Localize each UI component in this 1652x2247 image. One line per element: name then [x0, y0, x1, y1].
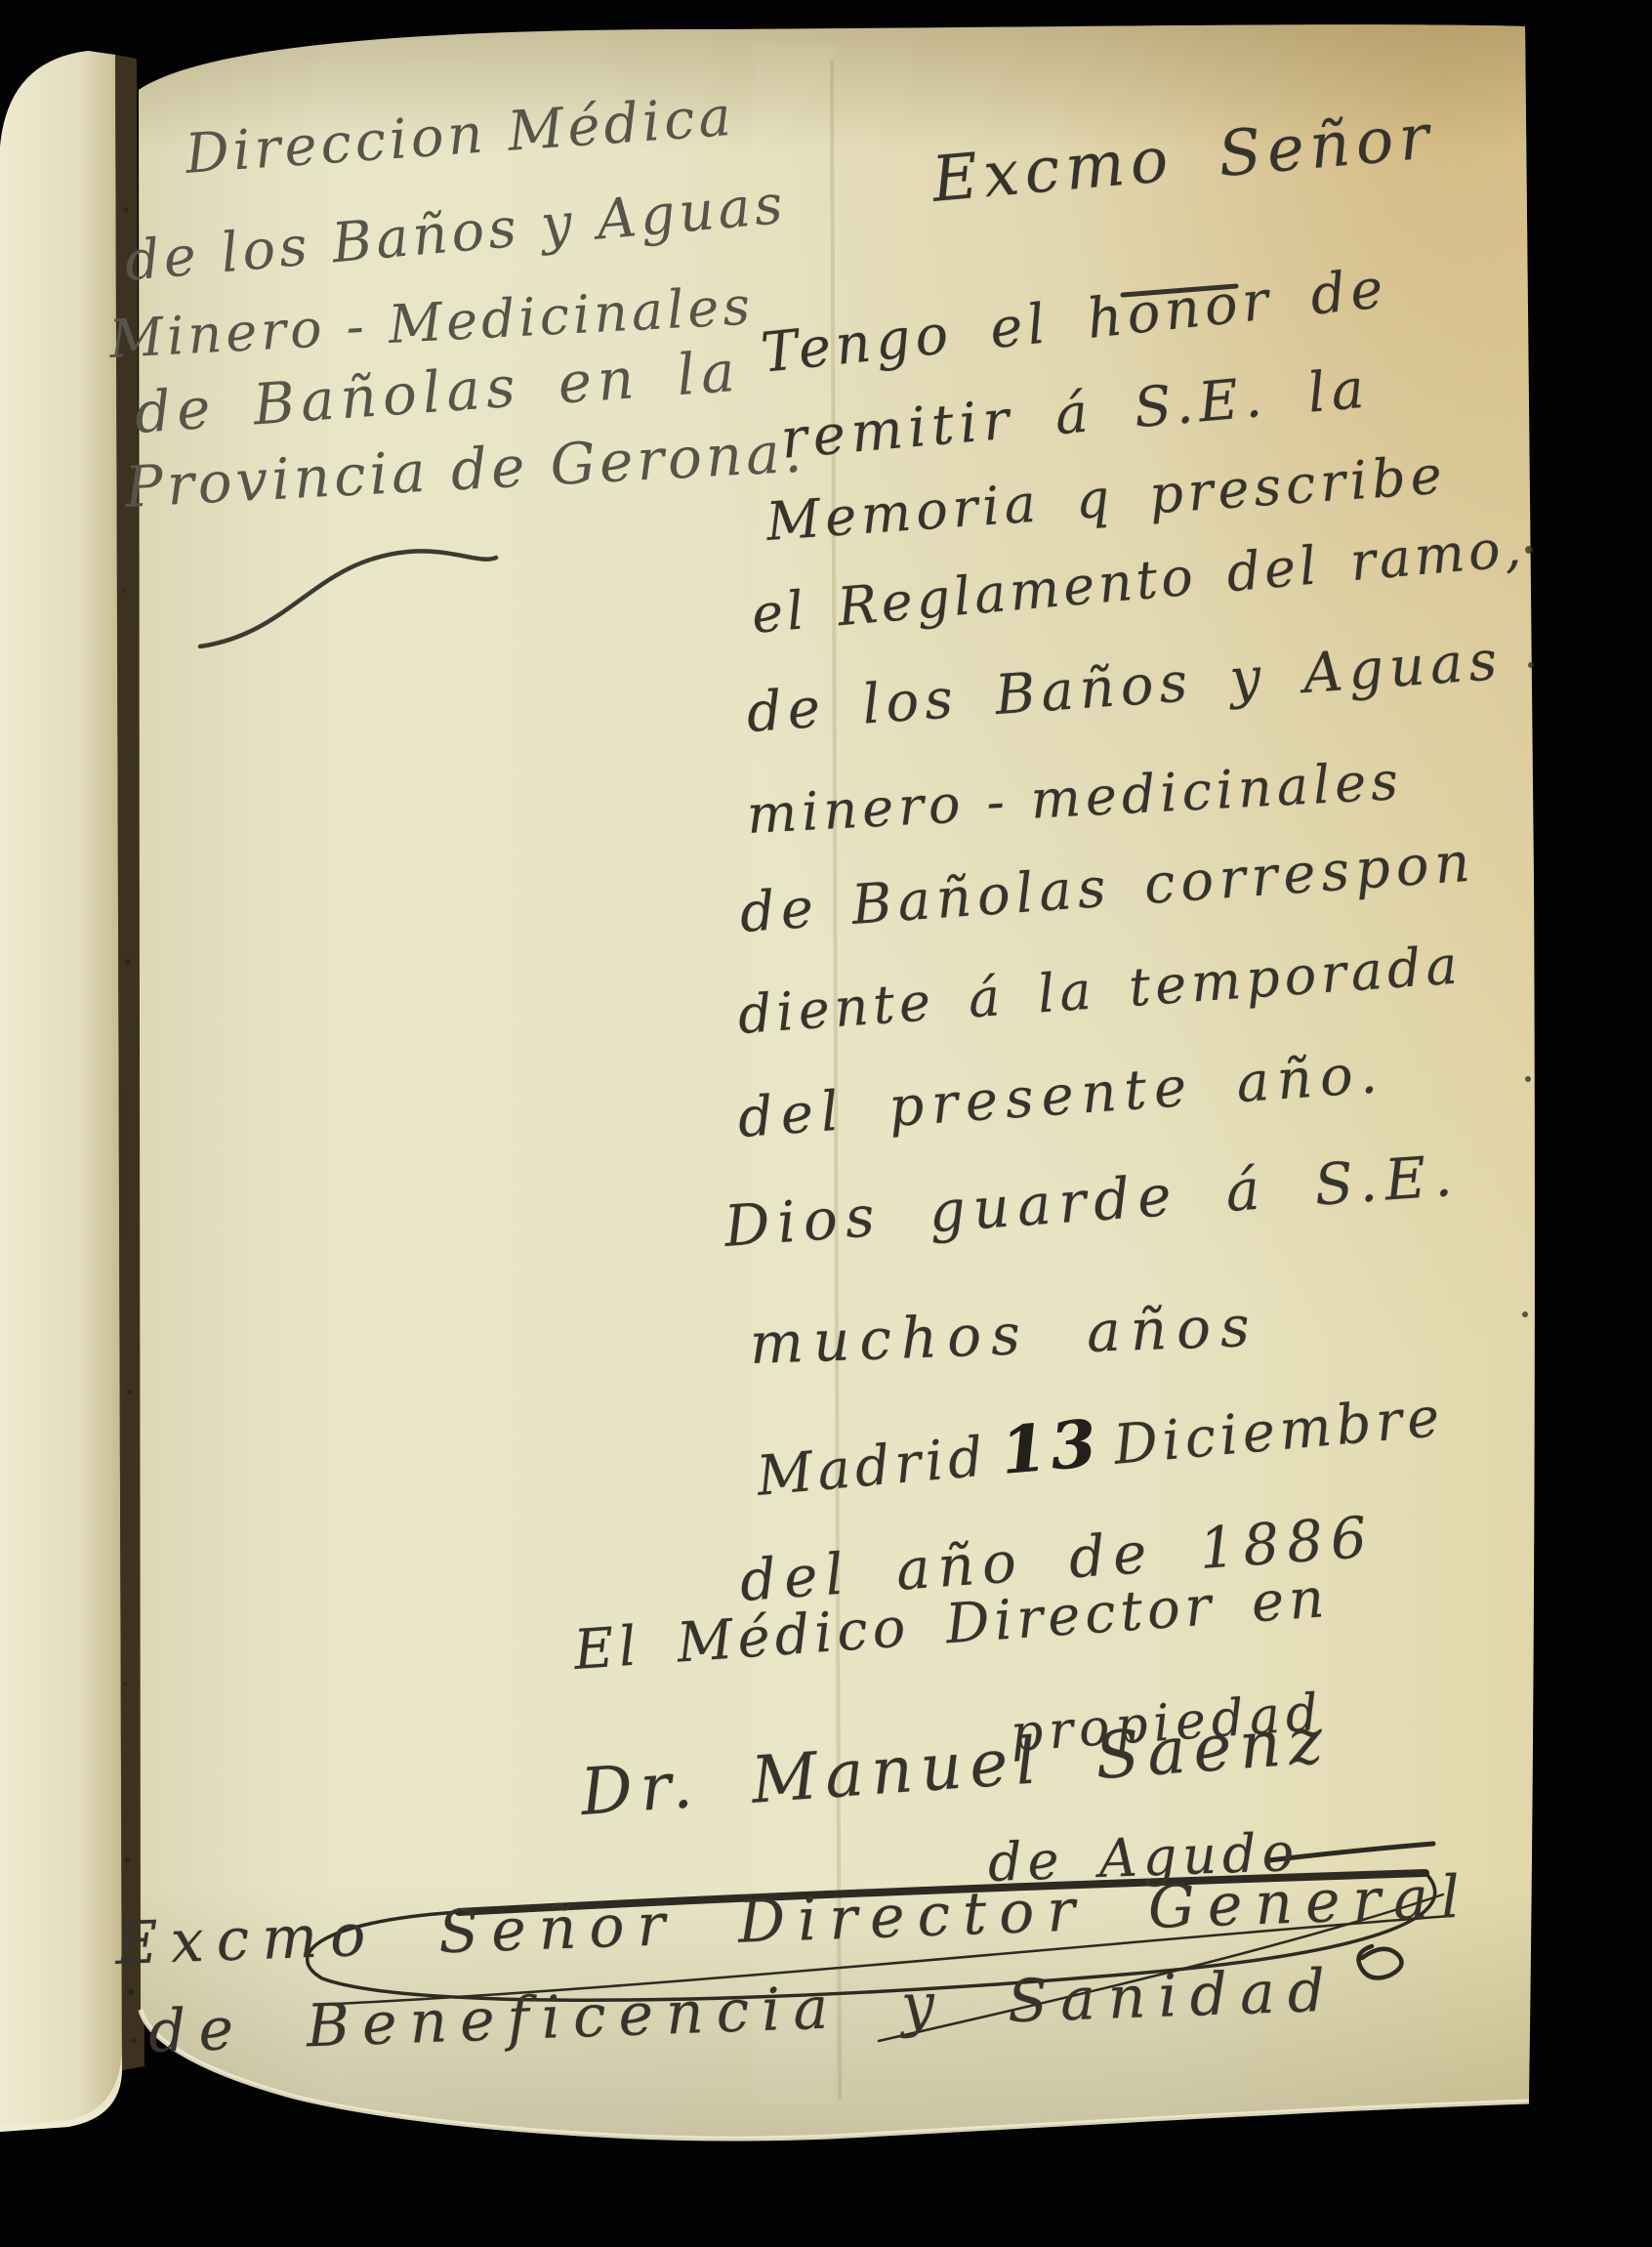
- date-day: 13: [998, 1404, 1103, 1489]
- scanned-letter-page: Direccion Médica de los Baños y Aguas Mi…: [0, 0, 1652, 2247]
- adjacent-page-edge: [0, 51, 122, 2132]
